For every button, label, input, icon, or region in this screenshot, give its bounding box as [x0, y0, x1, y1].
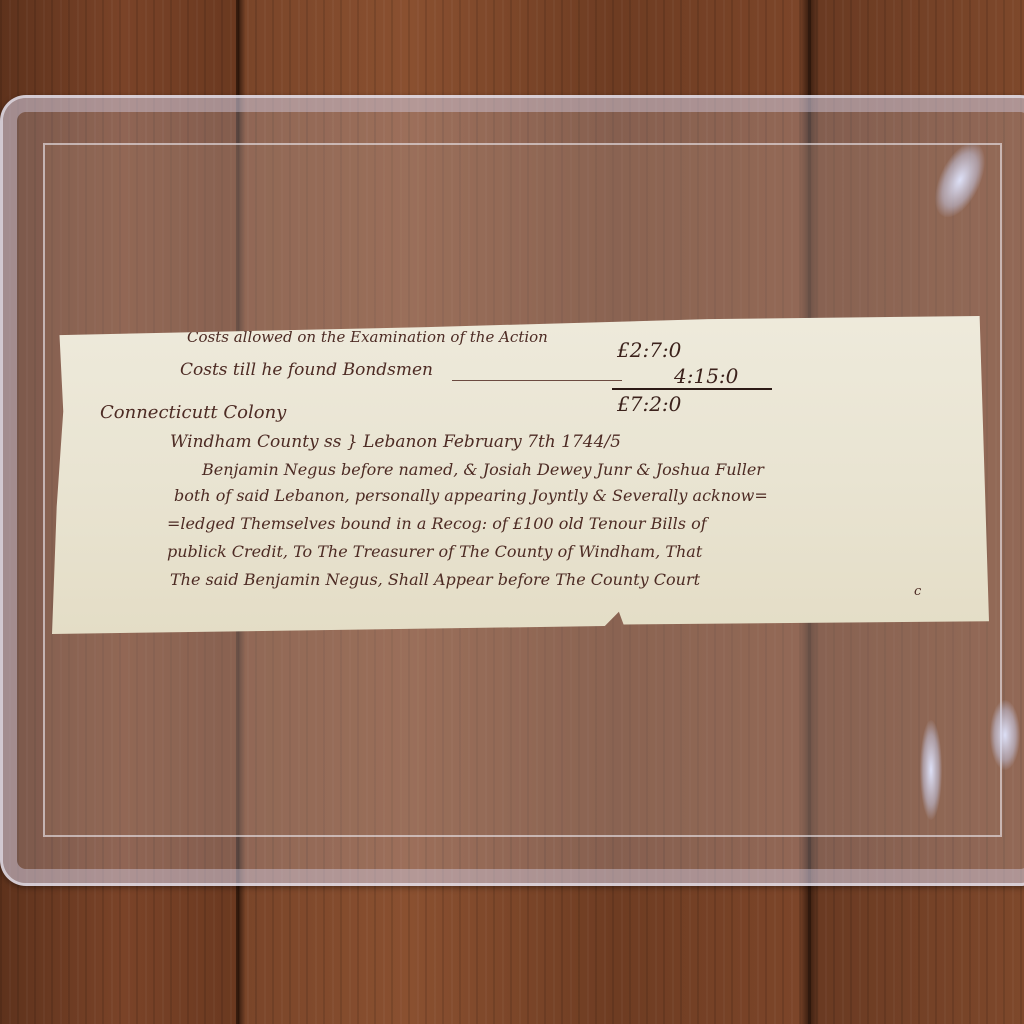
body-line: The said Benjamin Negus, Shall Appear be… — [170, 570, 700, 589]
body-line: both of said Lebanon, personally appeari… — [174, 486, 768, 505]
total-amount: £7:2:0 — [617, 392, 681, 416]
cost-line-2-amount: 4:15:0 — [674, 364, 738, 388]
cost-line-2-label: Costs till he found Bondsmen — [180, 360, 433, 380]
catchword: c — [914, 584, 921, 599]
historical-document: Costs allowed on the Examination of the … — [52, 316, 989, 634]
glare-reflection — [920, 720, 942, 820]
leader-line — [452, 380, 622, 381]
glare-reflection — [990, 700, 1020, 770]
total-rule — [612, 388, 772, 390]
body-line: Benjamin Negus before named, & Josiah De… — [202, 460, 764, 479]
body-line: =ledged Themselves bound in a Recog: of … — [167, 514, 707, 533]
place-date-line: Windham County ss } Lebanon February 7th… — [170, 432, 621, 452]
heading-colony: Connecticutt Colony — [100, 402, 286, 423]
cost-line-1-amount: £2:7:0 — [617, 338, 681, 362]
body-line: publick Credit, To The Treasurer of The … — [167, 542, 702, 561]
